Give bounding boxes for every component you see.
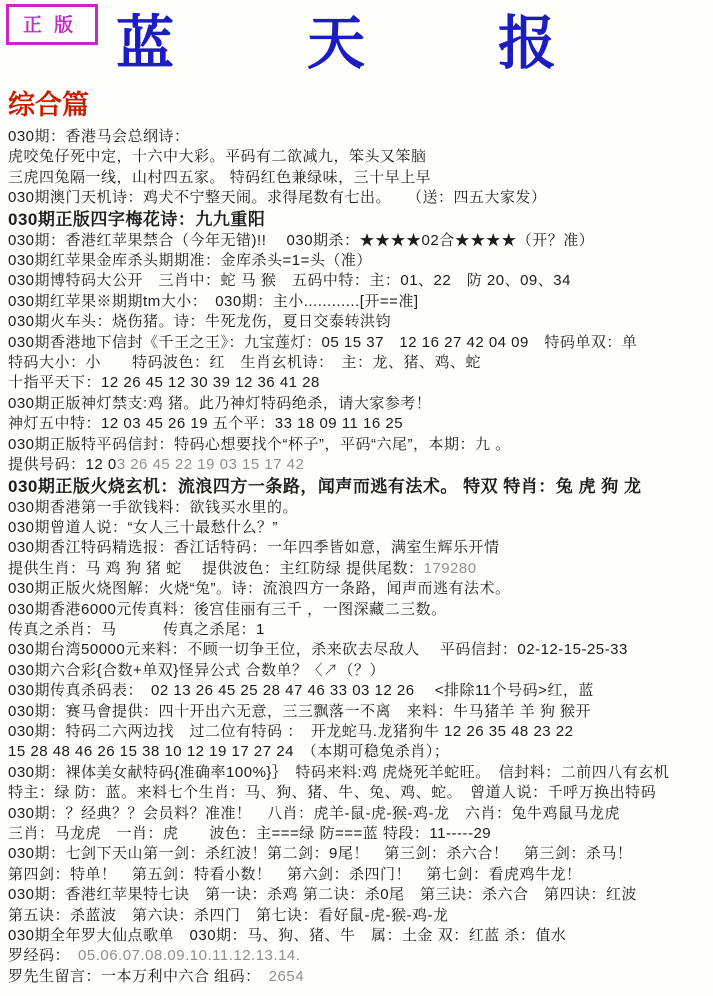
report-line: 第五诀：杀蓝波 第六诀：杀四门 第七诀：看好鼠-虎-猴-鸡-龙 [8,906,713,926]
line-text: 三肖：马龙虎 一肖：虎 波色：主===绿 防===蓝 特段：11-----29 [8,825,491,842]
report-line: 030期全年罗大仙点歌单 030期：马、狗、猪、牛 属：土金 双：红蓝 杀：值水 [8,926,713,946]
line-text: 030期六合彩{合数+单双}怪异公式 合数单？〈↗（？） [8,662,385,679]
line-text: 030期：赛马會提供：四十开出六无意，三三飘落一不离 来料：牛马猪羊 羊 狗 猴… [8,703,591,720]
line-text: 030期香港6000元传真料：後宫佳丽有三千 ，一图深藏二三数。 [8,601,447,618]
line-text: 虎咬兔仔死中定，十六中大彩。平码有二欲减九，笨头又笨脑 [8,148,427,165]
report-line: 030期香江特码精选报：香江话特码：一年四季皆如意，满室生辉乐开情 [8,538,713,558]
line-text: 179280 [424,560,477,577]
report-line: 030期正版四字梅花诗：九九重阳 [8,209,713,231]
report-line: 030期：裸体美女献特码{准确率100%}｝ 特码来料:鸡 虎烧死羊蛇旺。 信封… [8,763,713,783]
title-char-3: 报 [498,6,556,80]
title-char-2: 天 [307,6,365,80]
line-text: 提供号码：12 0 [8,456,117,473]
line-text: 030期：香港红苹果特七诀 第一诀：杀鸡 第二诀：杀0尾 第三诀：杀六合 第四诀… [8,886,637,903]
report-line: 三肖：马龙虎 一肖：虎 波色：主===绿 防===蓝 特段：11-----29 [8,824,713,844]
report-line: 15 28 48 46 26 15 38 10 12 19 17 27 24 （… [8,742,713,762]
section-title: 综合篇 [8,90,713,122]
line-text: 030期红苹果※期期tm大小： 030期：主小............[开==准… [8,293,419,310]
report-line: 030期正版火烧玄机：流浪四方一条路，闻声而逃有法术。 特双 特肖：兔 虎 狗 … [8,476,713,498]
line-text: 2654 [269,968,304,985]
line-text: 030期香江特码精选报：香江话特码：一年四季皆如意，满室生辉乐开情 [8,539,500,556]
line-text: 05.06.07.08.09.10.11.12.13.14. [78,947,300,964]
report-line: 罗先生留言：一本万利中六合 组码： 2654 [8,967,713,987]
line-text: 030期：？经典？？会员料？准准！ 八肖：虎羊-鼠-虎-猴-鸡-龙 六肖：兔牛鸡… [8,805,620,822]
report-line: 虎咬兔仔死中定，十六中大彩。平码有二欲减九，笨头又笨脑 [8,147,713,167]
page-title: 蓝 天 报 [116,6,556,80]
report-line: 030期澳门天机诗：鸡犬不宁整天闹。求得尾数有七出。 （送：四五大家发） [8,188,713,208]
line-text: 030期台湾50000元来料：不顾一切争王位，杀来砍去尽敌人 平码信封：02-1… [8,641,628,658]
line-text: 030期正版神灯禁支:鸡 猪。此乃神灯特码绝杀，请大家参考！ [8,395,431,412]
report-line: 030期香港地下信封《千王之王》：九宝莲灯：05 15 37 12 16 27 … [8,333,713,353]
report-line: 030期：香港马会总纲诗： [8,127,713,147]
report-line: 三虎四兔隔一线，山村四五家。 特码红色兼绿味，三十早上早 [8,168,713,188]
title-char-1: 蓝 [116,6,174,80]
report-line: 第四剑：特单！ 第五剑：特看小数！ 第六剑：杀四门！ 第七剑：看虎鸡牛龙！ [8,865,713,885]
report-line: 030期香港第一手欲钱料：欲钱买水里的。 [8,498,713,518]
line-text: 030期正版火烧玄机：流浪四方一条路，闻声而逃有法术。 特双 特肖：兔 虎 狗 … [8,477,641,496]
report-line: 030期正版特平码信封：特码心想要找个“杯子”，平码“六尾”，本期：九 。 [8,435,713,455]
line-text: 传真之杀肖：马 传真之杀尾：1 [8,621,265,638]
line-text: 罗经码： [8,947,78,964]
report-line: 030期正版神灯禁支:鸡 猪。此乃神灯特码绝杀，请大家参考！ [8,394,713,414]
report-line: 罗经码： 05.06.07.08.09.10.11.12.13.14. [8,946,713,966]
report-line: 特主：绿 防：蓝。来料七个生肖：马、狗、猪、牛、兔、鸡、蛇。 曾道人说：千呼万换… [8,783,713,803]
line-text: 030期正版四字梅花诗：九九重阳 [8,210,265,229]
report-line: 030期六合彩{合数+单双}怪异公式 合数单？〈↗（？） [8,661,713,681]
report-line: 030期红苹果※期期tm大小： 030期：主小............[开==准… [8,292,713,312]
report-line: 030期：赛马會提供：四十开出六无意，三三飘落一不离 来料：牛马猪羊 羊 狗 猴… [8,702,713,722]
line-text: 030期：香港红苹果禁合（今年无错)!! 030期杀：★★★★02合★★★★（开… [8,232,594,249]
line-text: 030期：七剑下天山第一剑：杀红波！第二剑：9尾！ 第三剑：杀六合！ 第三剑：杀… [8,845,632,862]
report-line: 十指平天下：12 26 45 12 30 39 12 36 41 28 [8,373,713,393]
report-line: 030期红苹果金库杀头期期准：金库杀头=1=头（准） [8,251,713,271]
newspaper-page: 正版 蓝 天 报 综合篇 030期：香港马会总纲诗：虎咬兔仔死中定，十六中大彩。… [0,0,713,996]
edition-badge: 正版 [6,4,98,45]
line-text: 神灯五中特：12 03 45 26 19 五个平：33 18 09 11 16 … [8,415,403,432]
report-line: 030期台湾50000元来料：不顾一切争王位，杀来砍去尽敌人 平码信封：02-1… [8,640,713,660]
line-text: 030期：特码二六两边找 过二位有特码 ： 开龙蛇马.龙猪狗牛 12 26 35… [8,723,573,740]
line-text: 第五诀：杀蓝波 第六诀：杀四门 第七诀：看好鼠-虎-猴-鸡-龙 [8,907,448,924]
line-text: 030期红苹果金库杀头期期准：金库杀头=1=头（准） [8,252,372,269]
report-line: 030期火车头：烧伤猪。诗：牛死龙伤，夏日交泰转洪钧 [8,312,713,332]
report-line: 030期：香港红苹果特七诀 第一诀：杀鸡 第二诀：杀0尾 第三诀：杀六合 第四诀… [8,885,713,905]
report-line: 特码大小：小 特码波色：红 生肖玄机诗： 主：龙、猪、鸡、蛇 [8,353,713,373]
report-body: 030期：香港马会总纲诗：虎咬兔仔死中定，十六中大彩。平码有二欲减九，笨头又笨脑… [8,127,713,987]
line-text: 030期澳门天机诗：鸡犬不宁整天闹。求得尾数有七出。 （送：四五大家发） [8,189,547,206]
line-text: 030期火车头：烧伤猪。诗：牛死龙伤，夏日交泰转洪钧 [8,313,391,330]
report-line: 传真之杀肖：马 传真之杀尾：1 [8,620,713,640]
line-text: 030期传真杀码表： 02 13 26 45 25 28 47 46 33 03… [8,682,594,699]
line-text: 特主：绿 防：蓝。来料七个生肖：马、狗、猪、牛、兔、鸡、蛇。 曾道人说：千呼万换… [8,784,656,801]
line-text: 030期：裸体美女献特码{准确率100%}｝ 特码来料:鸡 虎烧死羊蛇旺。 信封… [8,764,669,781]
line-text: 030期香港地下信封《千王之王》：九宝莲灯：05 15 37 12 16 27 … [8,334,637,351]
line-text: 030期正版特平码信封：特码心想要找个“杯子”，平码“六尾”，本期：九 。 [8,436,511,453]
line-text: 第四剑：特单！ 第五剑：特看小数！ 第六剑：杀四门！ 第七剑：看虎鸡牛龙！ [8,866,582,883]
report-line: 030期：特码二六两边找 过二位有特码 ： 开龙蛇马.龙猪狗牛 12 26 35… [8,722,713,742]
line-text: 罗先生留言：一本万利中六合 组码： [8,968,269,985]
line-text: 030期香港第一手欲钱料：欲钱买水里的。 [8,499,298,516]
report-line: 030期：？经典？？会员料？准准！ 八肖：虎羊-鼠-虎-猴-鸡-龙 六肖：兔牛鸡… [8,804,713,824]
line-text: 三虎四兔隔一线，山村四五家。 特码红色兼绿味，三十早上早 [8,169,431,186]
line-text: 15 28 48 46 26 15 38 10 12 19 17 27 24 （… [8,743,449,760]
line-text: 特码大小：小 特码波色：红 生肖玄机诗： 主：龙、猪、鸡、蛇 [8,354,481,371]
line-text: 3 26 45 22 19 03 15 17 42 [117,456,305,473]
report-line: 030期香港6000元传真料：後宫佳丽有三千 ，一图深藏二三数。 [8,600,713,620]
line-text: 030期曾道人说：“女人三十最愁什么？” [8,519,278,536]
report-line: 030期曾道人说：“女人三十最愁什么？” [8,518,713,538]
report-line: 030期：七剑下天山第一剑：杀红波！第二剑：9尾！ 第三剑：杀六合！ 第三剑：杀… [8,844,713,864]
report-line: 提供号码：12 03 26 45 22 19 03 15 17 42 [8,455,713,475]
line-text: 提供生肖：马 鸡 狗 猪 蛇 提供波色：主红防绿 提供尾数： [8,560,424,577]
report-line: 030期正版火烧图解：火烧“兔”。诗：流浪四方一条路，闻声而逃有法术。 [8,579,713,599]
line-text: 十指平天下：12 26 45 12 30 39 12 36 41 28 [8,374,320,391]
line-text: 030期博特码大公开 三肖中：蛇 马 猴 五码中特：主：01、22 防 20、0… [8,272,571,289]
report-line: 030期传真杀码表： 02 13 26 45 25 28 47 46 33 03… [8,681,713,701]
report-line: 提供生肖：马 鸡 狗 猪 蛇 提供波色：主红防绿 提供尾数：179280 [8,559,713,579]
report-line: 030期：香港红苹果禁合（今年无错)!! 030期杀：★★★★02合★★★★（开… [8,231,713,251]
report-line: 神灯五中特：12 03 45 26 19 五个平：33 18 09 11 16 … [8,414,713,434]
report-line: 030期博特码大公开 三肖中：蛇 马 猴 五码中特：主：01、22 防 20、0… [8,271,713,291]
line-text: 030期：香港马会总纲诗： [8,128,190,145]
line-text: 030期全年罗大仙点歌单 030期：马、狗、猪、牛 属：土金 双：红蓝 杀：值水 [8,927,566,944]
line-text: 030期正版火烧图解：火烧“兔”。诗：流浪四方一条路，闻声而逃有法术。 [8,580,511,597]
